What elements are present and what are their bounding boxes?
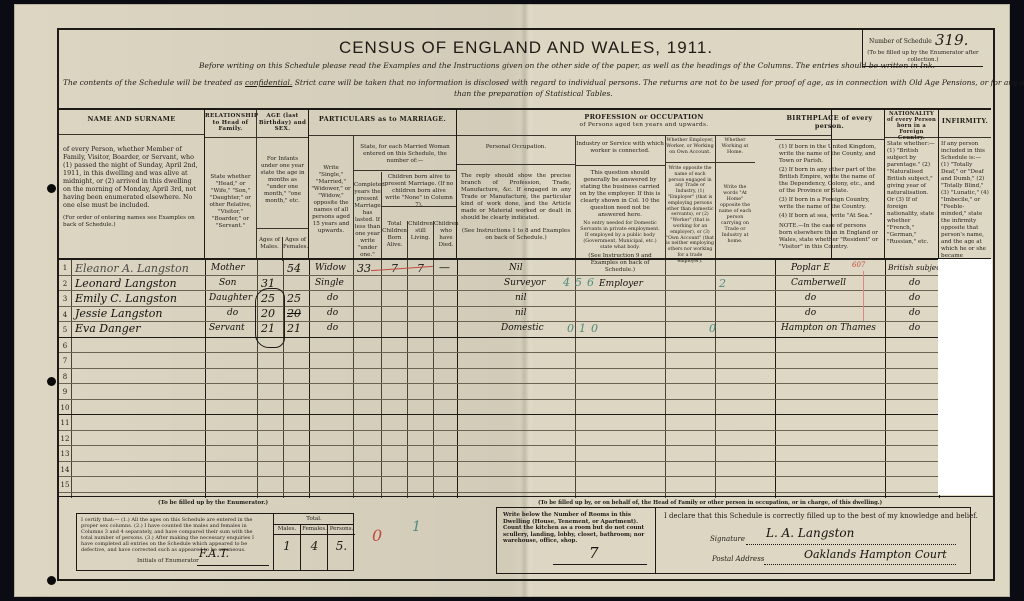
table-row: 10	[59, 400, 991, 416]
document-title: CENSUS OF ENGLAND AND WALES, 1911.	[59, 38, 993, 58]
person-birthplace: Camberwell	[791, 278, 846, 288]
header-birthplace: BIRTHPLACE of every person. (1) If born …	[775, 110, 885, 260]
person-marriage: Single	[315, 278, 344, 288]
confidential-underlined: confidential.	[245, 78, 292, 87]
table-row: 13	[59, 446, 991, 462]
person-occupation: Domestic	[501, 323, 544, 333]
punch-hole	[47, 184, 56, 193]
declaration-box: I declare that this Schedule is correctl…	[654, 507, 971, 574]
household-table: 1 2 3 4 5 6 7 8 9 10 11 12 13 14 15 Elea…	[59, 258, 991, 498]
person-nationality: British subject	[888, 263, 943, 272]
householder-signature: L. A. Langston	[766, 526, 854, 540]
column-headers: NAME AND SURNAME of every Person, whethe…	[59, 108, 991, 260]
schedule-number-box: Number of Schedule 319. (To be filled up…	[862, 30, 983, 67]
person-relationship: Daughter	[209, 293, 252, 303]
person-age-female: 21	[287, 322, 301, 335]
person-name: Eleanor A. Langston	[75, 262, 189, 275]
schedule-number: 319.	[935, 31, 968, 49]
header-infirmity: INFIRMITY. If any person included in thi…	[939, 110, 991, 260]
red-code-annotation: 607	[852, 261, 865, 269]
head-of-family-heading: (To be filled up by, or on behalf of, th…	[538, 500, 882, 506]
header-age: AGE (last Birthday) and SEX. For Infants…	[257, 110, 309, 260]
person-children-died: —	[439, 261, 450, 274]
person-marriage: do	[327, 323, 338, 333]
table-row: 11	[59, 415, 991, 431]
table-row: 15	[59, 477, 991, 493]
person-name: Leonard Langston	[75, 277, 177, 290]
person-nationality: do	[909, 293, 920, 303]
person-relationship: do	[227, 308, 238, 318]
punch-hole	[47, 576, 56, 585]
person-occupation: nil	[515, 293, 527, 303]
enumerator-heading: (To be filled up by the Enumerator.)	[158, 500, 268, 506]
occupation-code: 456	[563, 276, 599, 289]
person-years-married: 33	[357, 262, 371, 275]
person-relationship: Son	[219, 278, 236, 288]
instructions-line-3: than the preparation of Statistical Tabl…	[454, 89, 613, 98]
postal-address: Oaklands Hampton Court	[804, 548, 947, 561]
person-birthplace: do	[805, 293, 816, 303]
person-age-female: 20	[287, 307, 301, 320]
totals-table: Total. Males. 1 Females. 4 Persons. 5.	[273, 514, 354, 570]
total-females: 4	[301, 535, 328, 549]
person-nationality: do	[909, 323, 920, 333]
redacted-area	[938, 259, 992, 495]
person-age-female: 54	[287, 262, 301, 275]
person-name: Eva Danger	[75, 322, 141, 335]
instructions-line-2: The contents of the Schedule will be tre…	[63, 78, 1024, 87]
table-row: 7	[59, 353, 991, 369]
person-marriage: Widow	[315, 263, 346, 273]
person-employer-status: 0	[709, 322, 716, 335]
enumerator-certification-box: I certify that:— (1.) All the ages on th…	[76, 513, 354, 571]
person-age-female: 25	[287, 292, 301, 305]
person-marriage: do	[327, 293, 338, 303]
number-of-rooms: 7	[589, 550, 599, 557]
enumerator-initials: F.A.T.	[199, 551, 229, 557]
person-marriage: do	[327, 308, 338, 318]
table-row: 6	[59, 338, 991, 354]
red-zero-annotation: 0	[372, 526, 382, 545]
person-occupation: nil	[515, 308, 527, 318]
person-birthplace: Poplar E	[791, 263, 830, 273]
person-nationality: do	[909, 278, 920, 288]
table-row: 12	[59, 431, 991, 447]
person-industry: Employer	[599, 279, 643, 289]
green-one-annotation: 1	[412, 519, 421, 535]
header-nationality: NATIONALITY of every Person born in a Fo…	[885, 110, 939, 260]
person-name: Emily C. Langston	[75, 292, 177, 305]
total-males: 1	[274, 535, 300, 549]
instructions-line-1: Before writing on this Schedule please r…	[199, 61, 935, 70]
person-employer-status: 2	[719, 277, 726, 290]
person-birthplace: do	[805, 308, 816, 318]
person-name: Jessie Langston	[75, 307, 163, 320]
total-persons: 5.	[328, 535, 355, 549]
red-margin-line	[863, 271, 864, 321]
occupation-code: 010	[567, 322, 603, 335]
header-name: NAME AND SURNAME of every Person, whethe…	[59, 110, 205, 260]
person-birthplace: Hampton on Thames	[781, 323, 876, 333]
table-row: 9	[59, 384, 991, 400]
person-nationality: do	[909, 308, 920, 318]
person-children-living: 7	[417, 262, 424, 275]
table-row: 14	[59, 462, 991, 478]
person-occupation: Nil	[509, 263, 523, 273]
person-occupation: Surveyor	[504, 278, 545, 288]
punch-hole	[47, 377, 56, 386]
person-relationship: Servant	[209, 323, 245, 333]
rooms-box: Write below the Number of Rooms in this …	[496, 507, 656, 574]
circled-ages-annotation	[255, 288, 285, 348]
header-marriage: PARTICULARS as to MARRIAGE. Write "Singl…	[309, 110, 457, 260]
table-row: 8	[59, 369, 991, 385]
person-relationship: Mother	[211, 263, 245, 273]
header-relationship: RELATIONSHIP to Head of Family. State wh…	[205, 110, 257, 260]
